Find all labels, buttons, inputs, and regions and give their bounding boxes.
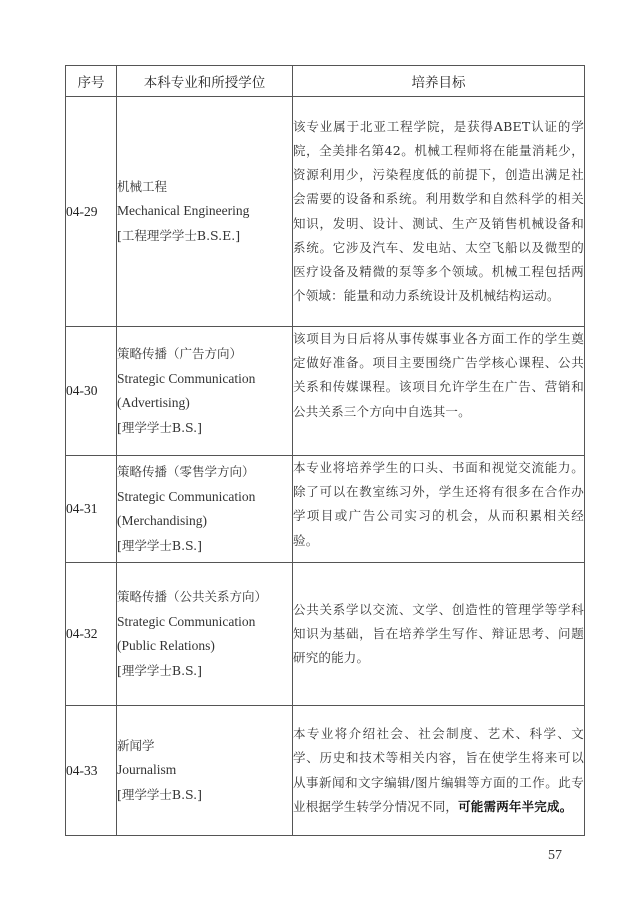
major-name-cn: 策略传播（零售学方向） (117, 460, 292, 485)
goal-cell: 本专业将培养学生的口头、书面和视觉交流能力。除了可以在教室练习外，学生还将有很多… (293, 456, 585, 563)
degree: [理学学士B.S.] (117, 659, 292, 684)
row-number: 04-33 (66, 706, 117, 836)
major-name-en: Mechanical Engineering (117, 199, 292, 224)
major-name-cn: 机械工程 (117, 175, 292, 200)
major-name-en: Journalism (117, 758, 292, 783)
row-number: 04-29 (66, 97, 117, 327)
degree: [理学学士B.S.] (117, 783, 292, 808)
goal-text-bold: 可能需两年半完成。 (458, 799, 572, 814)
major-name-en: Strategic Communication (117, 485, 292, 510)
degree: [理学学士B.S.] (117, 416, 292, 441)
majors-table: 序号 本科专业和所授学位 培养目标 04-29 机械工程 Mechanical … (65, 65, 585, 836)
row-number: 04-30 (66, 327, 117, 456)
goal-text: 本专业将培养学生的口头、书面和视觉交流能力。除了可以在教室练习外，学生还将有很多… (293, 460, 584, 548)
major-name-en: Strategic Communication (117, 367, 292, 392)
table-row: 04-29 机械工程 Mechanical Engineering [工程理学学… (66, 97, 585, 327)
major-cell: 机械工程 Mechanical Engineering [工程理学学士B.S.E… (117, 97, 293, 327)
header-goal: 培养目标 (293, 66, 585, 97)
major-concentration-en: (Advertising) (117, 391, 292, 416)
major-name-cn: 策略传播（广告方向） (117, 342, 292, 367)
table-row: 04-33 新闻学 Journalism [理学学士B.S.] 本专业将介绍社会… (66, 706, 585, 836)
goal-cell: 该项目为日后将从事传媒事业各方面工作的学生奠定做好准备。项目主要围绕广告学核心课… (293, 327, 585, 456)
major-cell: 策略传播（广告方向） Strategic Communication (Adve… (117, 327, 293, 456)
major-name-cn: 策略传播（公共关系方向） (117, 585, 292, 610)
major-concentration-en: (Merchandising) (117, 509, 292, 534)
goal-cell: 本专业将介绍社会、社会制度、艺术、科学、文学、历史和技术等相关内容，旨在使学生将… (293, 706, 585, 836)
table-row: 04-32 策略传播（公共关系方向） Strategic Communicati… (66, 563, 585, 706)
degree: [理学学士B.S.] (117, 534, 292, 559)
goal-cell: 公共关系学以交流、文学、创造性的管理学等学科知识为基础，旨在培养学生写作、辩证思… (293, 563, 585, 706)
page-number: 57 (548, 848, 562, 864)
major-cell: 新闻学 Journalism [理学学士B.S.] (117, 706, 293, 836)
goal-text: 该专业属于北亚工程学院，是获得ABET认证的学院，全美排名第42。机械工程师将在… (293, 119, 584, 303)
row-number: 04-31 (66, 456, 117, 563)
row-number: 04-32 (66, 563, 117, 706)
table-row: 04-30 策略传播（广告方向） Strategic Communication… (66, 327, 585, 456)
table-header-row: 序号 本科专业和所授学位 培养目标 (66, 66, 585, 97)
header-major-degree: 本科专业和所授学位 (117, 66, 293, 97)
goal-text: 该项目为日后将从事传媒事业各方面工作的学生奠定做好准备。项目主要围绕广告学核心课… (293, 331, 584, 419)
goal-cell: 该专业属于北亚工程学院，是获得ABET认证的学院，全美排名第42。机械工程师将在… (293, 97, 585, 327)
major-cell: 策略传播（零售学方向） Strategic Communication (Mer… (117, 456, 293, 563)
header-number: 序号 (66, 66, 117, 97)
goal-text: 公共关系学以交流、文学、创造性的管理学等学科知识为基础，旨在培养学生写作、辩证思… (293, 602, 584, 665)
major-concentration-en: (Public Relations) (117, 634, 292, 659)
major-name-en: Strategic Communication (117, 610, 292, 635)
major-cell: 策略传播（公共关系方向） Strategic Communication (Pu… (117, 563, 293, 706)
degree: [工程理学学士B.S.E.] (117, 224, 292, 249)
major-name-cn: 新闻学 (117, 734, 292, 759)
document-page: 序号 本科专业和所授学位 培养目标 04-29 机械工程 Mechanical … (0, 0, 628, 909)
table-row: 04-31 策略传播（零售学方向） Strategic Communicatio… (66, 456, 585, 563)
